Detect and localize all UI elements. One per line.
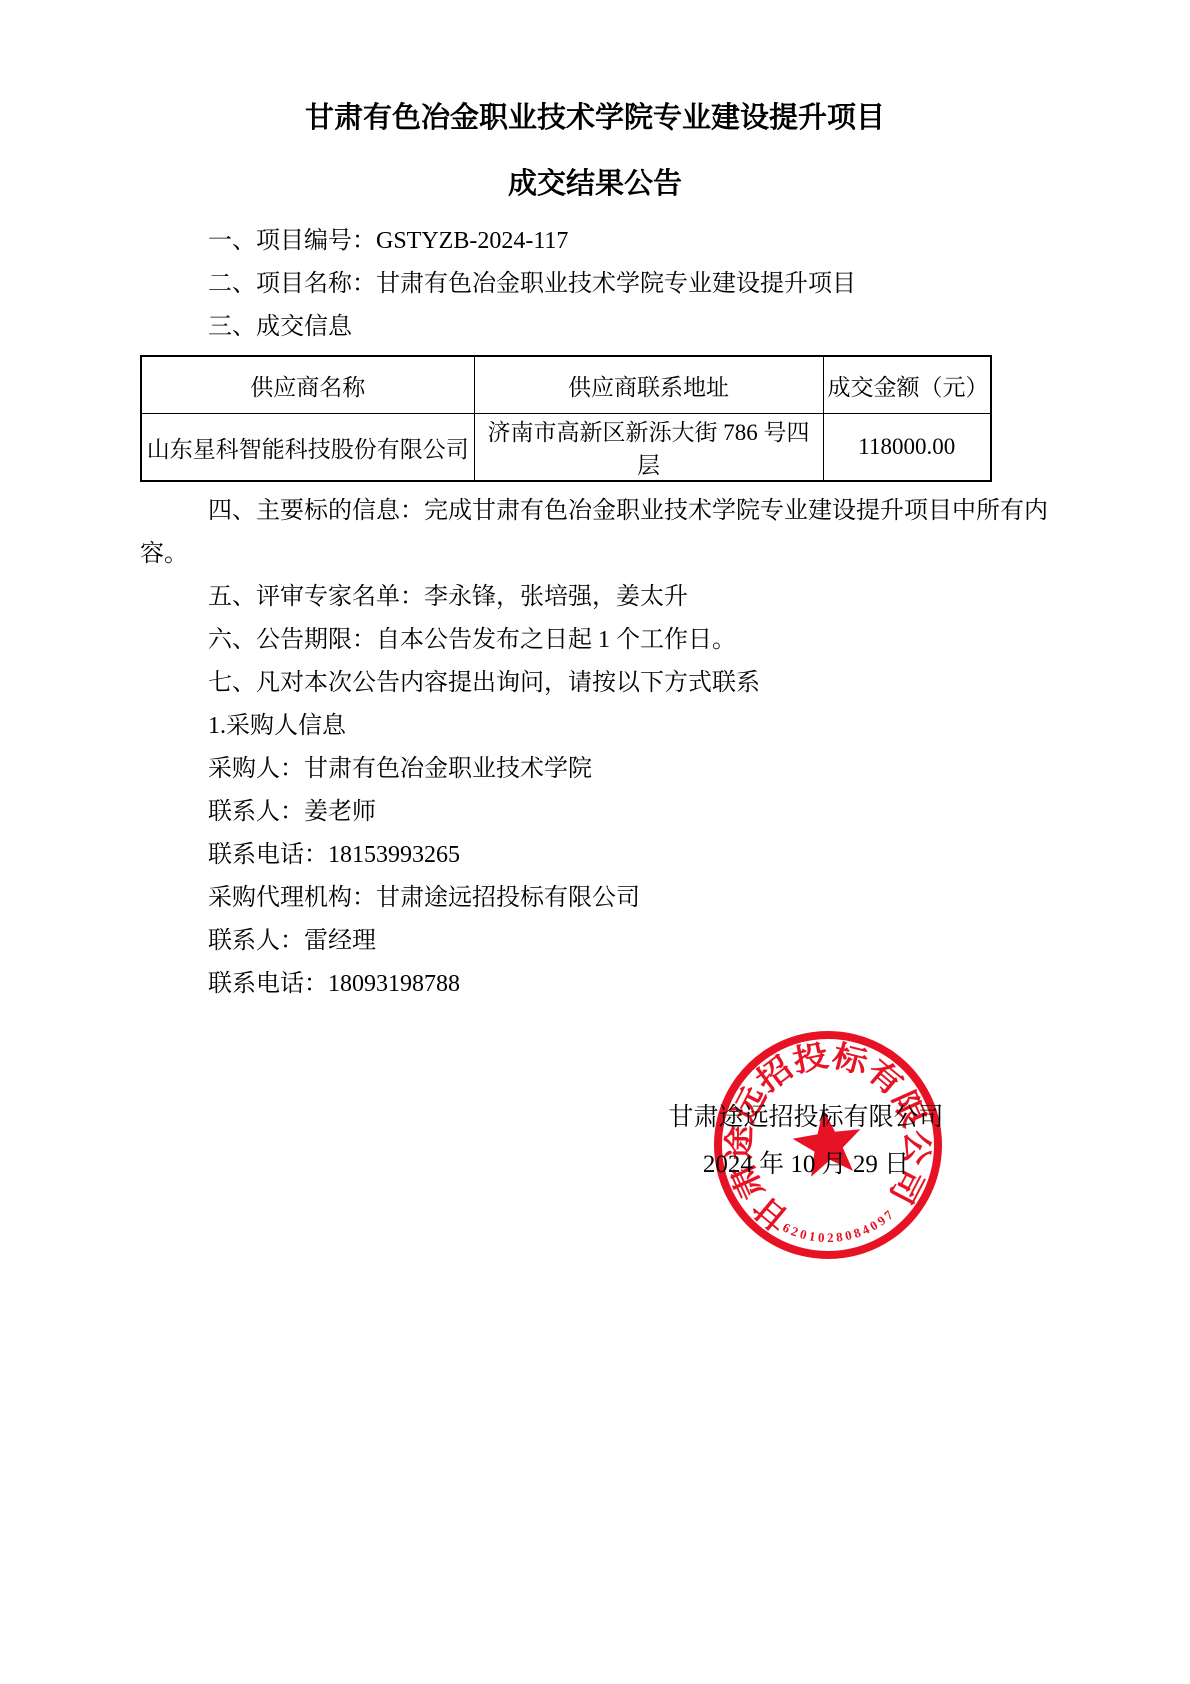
company-seal: 甘肃途远招投标有限公司 6201028084097 <box>708 1025 948 1265</box>
star-icon <box>789 1105 866 1179</box>
document-title: 甘肃有色冶金职业技术学院专业建设提升项目 <box>140 100 1050 136</box>
award-amount-header: 成交金额（元） <box>823 356 991 414</box>
buyer-contact-line: 联系人：姜老师 <box>140 791 1050 834</box>
notice-period-line: 六、公告期限：自本公告发布之日起 1 个工作日。 <box>140 619 1050 662</box>
table-row: 山东星科智能科技股份有限公司 济南市高新区新泺大街 786 号四层 118000… <box>141 414 991 482</box>
award-result-table: 供应商名称 供应商联系地址 成交金额（元） 山东星科智能科技股份有限公司 济南市… <box>140 355 992 482</box>
inquiry-line: 七、凡对本次公告内容提出询问，请按以下方式联系 <box>140 662 1050 705</box>
agency-contact-line: 联系人：雷经理 <box>140 920 1050 963</box>
supplier-name-cell: 山东星科智能科技股份有限公司 <box>141 414 474 482</box>
experts-line: 五、评审专家名单：李永锋，张培强，姜太升 <box>140 576 1050 619</box>
announcement-page: 甘肃有色冶金职业技术学院专业建设提升项目 成交结果公告 一、项目编号：GSTYZ… <box>0 0 1190 1684</box>
supplier-address-cell: 济南市高新区新泺大街 786 号四层 <box>474 414 823 482</box>
table-header-row: 供应商名称 供应商联系地址 成交金额（元） <box>141 356 991 414</box>
buyer-line: 采购人：甘肃有色冶金职业技术学院 <box>140 748 1050 791</box>
supplier-address-header: 供应商联系地址 <box>474 356 823 414</box>
supplier-name-header: 供应商名称 <box>141 356 474 414</box>
document-body: 甘肃有色冶金职业技术学院专业建设提升项目 成交结果公告 一、项目编号：GSTYZ… <box>140 100 1050 1006</box>
award-info-heading: 三、成交信息 <box>140 306 1050 349</box>
subject-matter-line: 四、主要标的信息：完成甘肃有色冶金职业技术学院专业建设提升项目中所有内容。 <box>140 490 1050 576</box>
project-number-line: 一、项目编号：GSTYZB-2024-117 <box>140 220 1050 263</box>
project-name-line: 二、项目名称：甘肃有色冶金职业技术学院专业建设提升项目 <box>140 263 1050 306</box>
buyer-phone-line: 联系电话：18153993265 <box>140 834 1050 877</box>
agency-line: 采购代理机构：甘肃途远招投标有限公司 <box>140 877 1050 920</box>
document-subtitle: 成交结果公告 <box>140 166 1050 202</box>
buyer-info-heading: 1.采购人信息 <box>140 705 1050 748</box>
agency-phone-line: 联系电话：18093198788 <box>140 963 1050 1006</box>
award-amount-cell: 118000.00 <box>823 414 991 482</box>
